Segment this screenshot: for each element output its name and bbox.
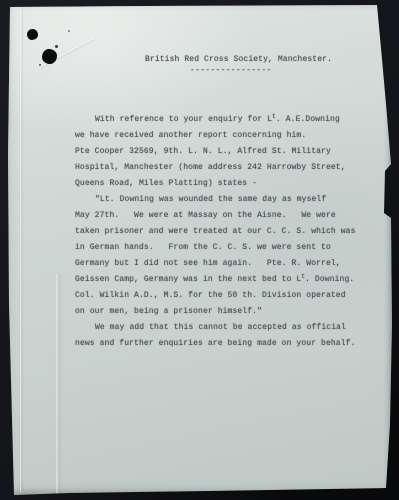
document-line: Germany but I did not see him again. Pte… — [75, 256, 355, 272]
ink-speck — [55, 45, 58, 48]
document-line: Col. Wilkin A.D., M.S. for the 50 th. Di… — [75, 288, 355, 304]
document-line: on our men, being a prisoner himself." — [75, 304, 355, 320]
document-line: "Lt. Downing was wounded the same day as… — [75, 192, 355, 208]
document-line: taken prisoner and were treated at our C… — [75, 224, 355, 240]
document-line: Hospital, Manchester (home address 242 H… — [75, 160, 355, 176]
document-body: With reference to your enquiry for Lt. A… — [75, 112, 355, 352]
ink-blot-small — [27, 29, 38, 40]
paper-crease-vertical — [20, 6, 21, 492]
document-line: news and further enquiries are being mad… — [75, 336, 355, 352]
ink-speck — [39, 64, 41, 66]
paper-crease-lower — [56, 274, 58, 494]
ink-blot-large — [42, 49, 57, 64]
document-line: May 27th. We were at Massay on the Aisne… — [75, 208, 355, 224]
document-line: Pte Cooper 32569, 9th. L. N. L., Alfred … — [75, 144, 355, 160]
document-line: Geissen Camp, Germany was in the next be… — [75, 272, 355, 288]
scan-background: British Red Cross Society, Manchester. -… — [0, 0, 399, 500]
ink-speck — [68, 30, 70, 32]
letterhead-underline: ---------------- — [190, 66, 272, 75]
letter-page: British Red Cross Society, Manchester. -… — [8, 4, 393, 496]
document-line: Queens Road, Miles Platting) states - — [75, 176, 355, 192]
document-line: With reference to your enquiry for Lt. A… — [75, 112, 355, 128]
letterhead-title: British Red Cross Society, Manchester. — [145, 55, 332, 64]
document-line: we have received another report concerni… — [75, 128, 355, 144]
document-line: We may add that this cannot be accepted … — [75, 320, 355, 336]
document-line: in German hands. From the C. C. S. we we… — [75, 240, 355, 256]
